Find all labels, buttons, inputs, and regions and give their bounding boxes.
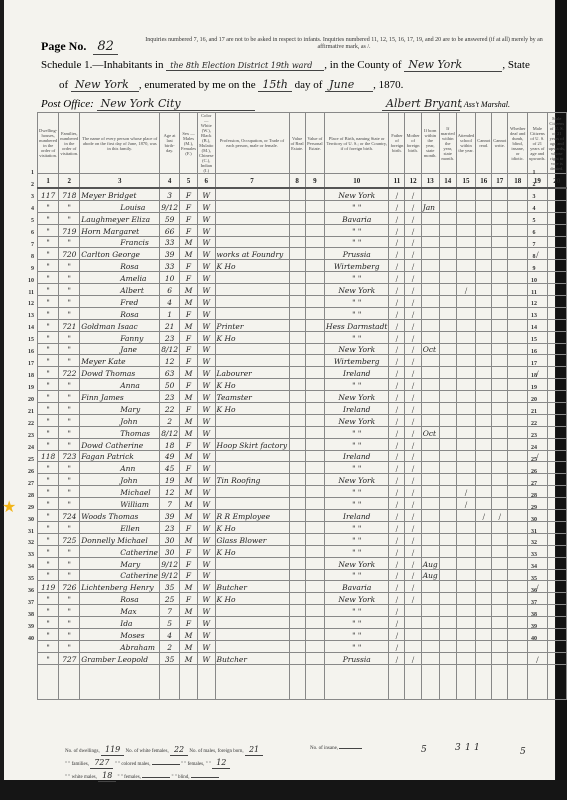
cell-c12: / (405, 379, 421, 391)
cell-c18 (508, 379, 528, 391)
cell-color: W (198, 486, 216, 498)
cell-c17 (492, 296, 508, 308)
cell-birthplace: Prussia (325, 248, 389, 260)
cell-birthplace: " " (325, 533, 389, 545)
table-row: ""Thomas8/12MW" "//Oct (38, 426, 567, 438)
cell-sex: M (180, 296, 198, 308)
cell-dwelling: " (38, 628, 59, 640)
cell-c18 (508, 462, 528, 474)
cell-c9 (305, 545, 324, 557)
cell-c11: / (389, 569, 405, 581)
cell-c8 (289, 355, 305, 367)
line-number-left: 13 (22, 313, 34, 319)
cell-c17 (492, 403, 508, 415)
instructions: Inquiries numbered 7, 16, and 17 are not… (139, 37, 549, 51)
cell-dwelling: " (38, 224, 59, 236)
line-number-right: 4 (527, 206, 541, 212)
cell-c13 (421, 438, 439, 450)
cell-c14 (439, 307, 456, 319)
cell-c12: / (405, 248, 421, 260)
cell-dwelling: " (38, 521, 59, 533)
cell-name: Gramber Leopold (80, 652, 160, 664)
cell-c11: / (389, 188, 405, 200)
cell-c17 (492, 521, 508, 533)
cell-c14 (439, 200, 456, 212)
cell-c17 (492, 188, 508, 200)
cell-name: Thomas (80, 426, 160, 438)
cell-c18 (508, 212, 528, 224)
cell-name: Francis (80, 236, 160, 248)
cell-name: William (80, 498, 160, 510)
cell-c9 (305, 188, 324, 200)
cell-c11: / (389, 200, 405, 212)
cell-c18 (508, 319, 528, 331)
cell-occupation: K Ho (215, 379, 289, 391)
line-number-left: 28 (22, 493, 34, 499)
table-row: "724Woods Thomas39MWR R EmployeeIreland/… (38, 510, 567, 522)
cell-birthplace: " " (325, 426, 389, 438)
cell-c8 (289, 248, 305, 260)
cell-c16 (476, 652, 492, 664)
cell-dwelling: " (38, 605, 59, 617)
cell-color: W (198, 319, 216, 331)
line-number-right: 31 (527, 529, 541, 535)
page-number-value: 82 (93, 39, 118, 55)
cell-sex: F (180, 200, 198, 212)
cell-occupation: Glass Blower (215, 533, 289, 545)
cell-c15 (456, 545, 476, 557)
cell-sex: M (180, 474, 198, 486)
cell-c17 (492, 498, 508, 510)
cell-birthplace: " " (325, 617, 389, 629)
cell-c17 (492, 307, 508, 319)
cell-color: W (198, 593, 216, 605)
cell-c16 (476, 319, 492, 331)
line-number-left: 12 (22, 301, 34, 307)
line-number-right: 21 (527, 409, 541, 415)
cell-family: " (59, 486, 80, 498)
cell-sex: F (180, 307, 198, 319)
line-number-right: 40 (527, 636, 541, 642)
cell-c14 (439, 367, 456, 379)
cell-family: " (59, 212, 80, 224)
cell-family: " (59, 343, 80, 355)
line-number-left: 10 (22, 278, 34, 284)
cell-c11: / (389, 355, 405, 367)
cell-c8 (289, 284, 305, 296)
cell-c14 (439, 605, 456, 617)
cell-age: 8/12 (160, 343, 180, 355)
cell-c11: / (389, 557, 405, 569)
cell-c15 (456, 450, 476, 462)
line-number-left: 40 (22, 636, 34, 642)
cell-c18 (508, 391, 528, 403)
cell-color: W (198, 331, 216, 343)
cell-age: 7 (160, 498, 180, 510)
cell-color: W (198, 545, 216, 557)
line-number-right: 37 (527, 600, 541, 606)
cell-c14 (439, 628, 456, 640)
cell-c8 (289, 403, 305, 415)
cell-c20 (547, 474, 566, 486)
cell-c13 (421, 319, 439, 331)
cell-family: 723 (59, 450, 80, 462)
cell-c18 (508, 200, 528, 212)
totals-cell (508, 664, 528, 699)
cell-c11: / (389, 307, 405, 319)
cell-c13: Jan (421, 200, 439, 212)
cell-c9 (305, 474, 324, 486)
cell-c20 (547, 236, 566, 248)
cell-c9 (305, 628, 324, 640)
line-number-left: 35 (22, 576, 34, 582)
cell-sex: F (180, 272, 198, 284)
table-row: 118723Fagan Patrick49MWIreland/// (38, 450, 567, 462)
cell-c15 (456, 438, 476, 450)
cell-color: W (198, 450, 216, 462)
state-label: , State (502, 59, 530, 71)
cell-occupation: R R Employee (215, 510, 289, 522)
cell-color: W (198, 188, 216, 200)
cell-c18 (508, 498, 528, 510)
cell-family: " (59, 474, 80, 486)
cell-name: Meyer Bridget (80, 188, 160, 200)
cell-c14 (439, 569, 456, 581)
cell-c8 (289, 379, 305, 391)
cell-c16 (476, 426, 492, 438)
total-col16: 1 (465, 743, 471, 753)
cell-family: " (59, 628, 80, 640)
cell-c18 (508, 569, 528, 581)
cell-family: 718 (59, 188, 80, 200)
cell-age: 6 (160, 284, 180, 296)
line-number-right: 26 (527, 469, 541, 475)
cell-birthplace: " " (325, 224, 389, 236)
cell-age: 30 (160, 545, 180, 557)
star-icon[interactable]: ★ (2, 500, 16, 516)
state-value: New York (71, 78, 139, 92)
cell-dwelling: " (38, 617, 59, 629)
line-number-left: 26 (22, 469, 34, 475)
cell-age: 45 (160, 462, 180, 474)
cell-c16 (476, 414, 492, 426)
cell-c13 (421, 379, 439, 391)
table-row: ""Anna50FWK Ho" "// (38, 379, 567, 391)
table-row: ""Rosa33FWK HoWirtemberg// (38, 260, 567, 272)
cell-c14 (439, 652, 456, 664)
foreign-males-count: 21 (245, 744, 263, 756)
cell-family: " (59, 284, 80, 296)
cell-occupation: works at Foundry (215, 248, 289, 260)
column-number-7: 7 (215, 174, 289, 189)
cell-age: 18 (160, 438, 180, 450)
cell-sex: M (180, 391, 198, 403)
cell-occupation: Labourer (215, 367, 289, 379)
white-females-label: No. of white females, (126, 749, 169, 754)
cell-color: W (198, 260, 216, 272)
cell-c16 (476, 533, 492, 545)
cell-c8 (289, 426, 305, 438)
cell-c11: / (389, 212, 405, 224)
cell-age: 39 (160, 510, 180, 522)
table-row: ""Louisa9/12FW" "//Jan (38, 200, 567, 212)
line-number-right: 24 (527, 445, 541, 451)
cell-c16 (476, 640, 492, 652)
cell-c20 (547, 414, 566, 426)
marshal-line: Albert Bryant, Ass't Marshal. (382, 97, 510, 111)
cell-c15 (456, 212, 476, 224)
cell-c15 (456, 260, 476, 272)
line-number-left: 7 (22, 242, 34, 248)
cell-color: W (198, 200, 216, 212)
cell-c15 (456, 652, 476, 664)
cell-name: Goldman Isaac (80, 319, 160, 331)
cell-c12: / (405, 581, 421, 593)
cell-c8 (289, 605, 305, 617)
cell-birthplace: " " (325, 296, 389, 308)
cell-color: W (198, 569, 216, 581)
cell-c14 (439, 593, 456, 605)
cell-c13 (421, 474, 439, 486)
table-row: ""Laughmeyer Eliza59FWBavaria// (38, 212, 567, 224)
cell-color: W (198, 438, 216, 450)
cell-c12: / (405, 652, 421, 664)
table-row: "719Horn Margaret66FW" "// (38, 224, 567, 236)
cell-age: 63 (160, 367, 180, 379)
cell-family: " (59, 391, 80, 403)
schedule-line: Schedule 1.—Inhabitants in the 8th Elect… (41, 58, 551, 72)
table-row: ""Michael12MW" "/// (38, 486, 567, 498)
totals-cell (289, 664, 305, 699)
line-number-right: 7 (527, 242, 541, 248)
cell-c8 (289, 640, 305, 652)
cell-c20 (547, 581, 566, 593)
cell-family: 724 (59, 510, 80, 522)
cell-name: Woods Thomas (80, 510, 160, 522)
cell-c17 (492, 593, 508, 605)
cell-c9 (305, 260, 324, 272)
cell-c14 (439, 248, 456, 260)
cell-c17 (492, 343, 508, 355)
table-row: "725Donnelly Michael30MWGlass Blower" "/… (38, 533, 567, 545)
cell-occupation (215, 414, 289, 426)
cell-sex: M (180, 533, 198, 545)
cell-sex: F (180, 593, 198, 605)
cell-c8 (289, 486, 305, 498)
cell-name: Anna (80, 379, 160, 391)
line-number-left: 30 (22, 517, 34, 523)
cell-c15: / (456, 284, 476, 296)
cell-name: Carlton George (80, 248, 160, 260)
cell-c17 (492, 438, 508, 450)
totals-cell (439, 664, 456, 699)
column-number-10: 10 (325, 174, 389, 189)
cell-dwelling: " (38, 414, 59, 426)
cell-color: W (198, 212, 216, 224)
column-number-20: 20 (547, 174, 566, 189)
column-number-15: 15 (456, 174, 476, 189)
cell-age: 33 (160, 236, 180, 248)
cell-occupation: Hoop Skirt factory (215, 438, 289, 450)
cell-c14 (439, 617, 456, 629)
cell-occupation: K Ho (215, 545, 289, 557)
cell-occupation (215, 557, 289, 569)
month-value: June (325, 78, 373, 92)
cell-age: 12 (160, 486, 180, 498)
cell-occupation (215, 272, 289, 284)
cell-age: 23 (160, 521, 180, 533)
cell-age: 49 (160, 450, 180, 462)
cell-c13 (421, 640, 439, 652)
cell-c14 (439, 510, 456, 522)
table-row: ""Mary22FWK HoIreland// (38, 403, 567, 415)
cell-name: John (80, 474, 160, 486)
cell-c11: / (389, 498, 405, 510)
cell-c13: Aug (421, 569, 439, 581)
cell-age: 22 (160, 403, 180, 415)
cell-c12 (405, 640, 421, 652)
cell-c8 (289, 296, 305, 308)
cell-name: Rosa (80, 593, 160, 605)
cell-c12: / (405, 557, 421, 569)
line-number-right: 8 (527, 254, 541, 260)
cell-c9 (305, 593, 324, 605)
cell-c11: / (389, 510, 405, 522)
cell-age: 4 (160, 296, 180, 308)
cell-sex: F (180, 212, 198, 224)
cell-age: 2 (160, 640, 180, 652)
cell-c15 (456, 307, 476, 319)
column-number-11: 11 (389, 174, 405, 189)
cell-c9 (305, 510, 324, 522)
cell-c16 (476, 296, 492, 308)
cell-c13 (421, 367, 439, 379)
line-number-right: 39 (527, 624, 541, 630)
cell-c18 (508, 260, 528, 272)
cell-c8 (289, 521, 305, 533)
post-office-value: New York City (97, 97, 255, 111)
cell-c8 (289, 462, 305, 474)
cell-c14 (439, 391, 456, 403)
cell-c20 (547, 486, 566, 498)
cell-c20 (547, 343, 566, 355)
cell-c15 (456, 605, 476, 617)
dwellings-label: No. of dwellings, (65, 749, 100, 754)
day-of-label: day of (295, 79, 323, 91)
cell-sex: F (180, 355, 198, 367)
cell-c18 (508, 640, 528, 652)
line-number-left: 27 (22, 481, 34, 487)
cell-c19 (528, 640, 547, 652)
cell-occupation (215, 296, 289, 308)
cell-c15 (456, 248, 476, 260)
cell-birthplace: Ireland (325, 510, 389, 522)
column-number-1: 1 (38, 174, 59, 189)
cell-c12: / (405, 510, 421, 522)
cell-c17: / (492, 510, 508, 522)
cell-c11: / (389, 462, 405, 474)
cell-c14 (439, 272, 456, 284)
cell-c13 (421, 545, 439, 557)
cell-color: W (198, 391, 216, 403)
cell-birthplace: New York (325, 474, 389, 486)
table-row: ""Francis33MW" "// (38, 236, 567, 248)
totals-cell (421, 664, 439, 699)
cell-dwelling: 117 (38, 188, 59, 200)
cell-c8 (289, 212, 305, 224)
cell-c8 (289, 545, 305, 557)
table-row: "727Gramber Leopold35MWButcherPrussia/// (38, 652, 567, 664)
column-header-2: Families, numbered in the order of visit… (59, 113, 80, 174)
cell-c9 (305, 200, 324, 212)
cell-c9 (305, 450, 324, 462)
cell-sex: M (180, 486, 198, 498)
cell-c12: / (405, 296, 421, 308)
cell-c12 (405, 628, 421, 640)
cell-dwelling: " (38, 403, 59, 415)
total-col15: 3 (455, 743, 461, 753)
line-number-right: 35 (527, 576, 541, 582)
cell-occupation (215, 605, 289, 617)
cell-sex: F (180, 438, 198, 450)
cell-family: " (59, 236, 80, 248)
cell-family: " (59, 462, 80, 474)
column-header-14: If married within the year, state month. (439, 113, 456, 174)
cell-color: W (198, 510, 216, 522)
cell-c17 (492, 462, 508, 474)
cell-occupation: Butcher (215, 581, 289, 593)
cell-c12: / (405, 391, 421, 403)
cell-c16 (476, 379, 492, 391)
cell-name: Meyer Kate (80, 355, 160, 367)
cell-color: W (198, 367, 216, 379)
cell-c20 (547, 188, 566, 200)
cell-occupation (215, 200, 289, 212)
cell-c20 (547, 367, 566, 379)
cell-sex: M (180, 319, 198, 331)
cell-c12: / (405, 343, 421, 355)
cell-c17 (492, 391, 508, 403)
cell-family: " (59, 414, 80, 426)
cell-occupation: K Ho (215, 521, 289, 533)
cell-occupation: Teamster (215, 391, 289, 403)
line-number-left: 4 (22, 206, 34, 212)
cell-c18 (508, 521, 528, 533)
cell-age: 66 (160, 224, 180, 236)
cell-age: 25 (160, 593, 180, 605)
cell-c12: / (405, 462, 421, 474)
line-number-left: 2 (22, 182, 34, 188)
cell-c14 (439, 403, 456, 415)
line-number-left: 11 (22, 290, 34, 296)
line-number-left: 34 (22, 564, 34, 570)
cell-c13 (421, 628, 439, 640)
cell-c13 (421, 652, 439, 664)
column-number-18: 18 (508, 174, 528, 189)
cell-age: 23 (160, 331, 180, 343)
cell-c15 (456, 557, 476, 569)
cell-birthplace: " " (325, 545, 389, 557)
cell-c8 (289, 200, 305, 212)
scan-edge-bottom (0, 780, 567, 800)
cell-dwelling: " (38, 236, 59, 248)
cell-c9 (305, 319, 324, 331)
cell-c16 (476, 200, 492, 212)
cell-family: 725 (59, 533, 80, 545)
cell-c20 (547, 284, 566, 296)
cell-birthplace: New York (325, 284, 389, 296)
cell-age: 2 (160, 414, 180, 426)
